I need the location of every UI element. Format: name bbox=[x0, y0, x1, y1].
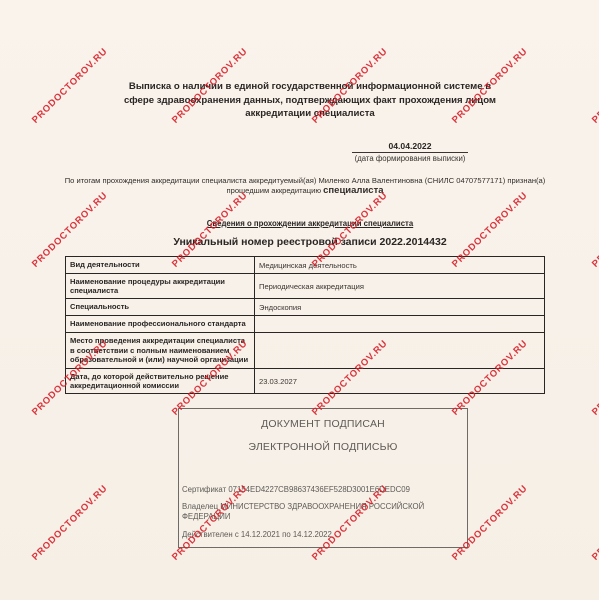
formation-date-label: (дата формирования выписки) bbox=[345, 154, 475, 163]
row-value: Медицинская деятельность bbox=[255, 257, 545, 274]
row-value: Периодическая аккредитация bbox=[255, 274, 545, 299]
table-row: Наименование профессионального стандарта bbox=[66, 316, 545, 333]
watermark-text: PRODOCTOROV.RU bbox=[30, 483, 110, 563]
watermark-text: PRODOCTOROV.RU bbox=[590, 483, 599, 563]
row-label: Наименование процедуры аккредитации спец… bbox=[66, 274, 255, 299]
registry-number: Уникальный номер реестровой записи 2022.… bbox=[120, 236, 500, 248]
watermark-text: PRODOCTOROV.RU bbox=[590, 46, 599, 126]
intro-paragraph: По итогам прохождения аккредитации специ… bbox=[60, 176, 550, 196]
accreditation-table: Вид деятельности Медицинская деятельност… bbox=[65, 256, 545, 394]
intro-text: По итогам прохождения аккредитации специ… bbox=[65, 176, 546, 195]
row-value: Эндоскопия bbox=[255, 299, 545, 316]
row-label: Вид деятельности bbox=[66, 257, 255, 274]
table-row: Специальность Эндоскопия bbox=[66, 299, 545, 316]
formation-date: 04.04.2022 bbox=[352, 141, 468, 153]
section-title: Сведения о прохождении аккредитации спец… bbox=[130, 219, 490, 228]
electronic-signature-stamp: ДОКУМЕНТ ПОДПИСАН ЭЛЕКТРОННОЙ ПОДПИСЬЮ С… bbox=[178, 408, 468, 548]
row-value bbox=[255, 316, 545, 333]
row-label: Специальность bbox=[66, 299, 255, 316]
document-page: Выписка о наличии в единой государственн… bbox=[0, 0, 599, 600]
row-label: Дата, до которой действительно решение а… bbox=[66, 369, 255, 394]
intro-bold: специалиста bbox=[323, 185, 383, 196]
table-row: Вид деятельности Медицинская деятельност… bbox=[66, 257, 545, 274]
watermark-text: PRODOCTOROV.RU bbox=[590, 190, 599, 270]
table-row: Место проведения аккредитации специалист… bbox=[66, 333, 545, 369]
signature-subheading: ЭЛЕКТРОННОЙ ПОДПИСЬЮ bbox=[179, 441, 467, 453]
watermark-text: PRODOCTOROV.RU bbox=[30, 46, 110, 126]
watermark-text: PRODOCTOROV.RU bbox=[590, 338, 599, 418]
signature-heading: ДОКУМЕНТ ПОДПИСАН bbox=[179, 418, 467, 430]
table-row: Наименование процедуры аккредитации спец… bbox=[66, 274, 545, 299]
row-label: Наименование профессионального стандарта bbox=[66, 316, 255, 333]
